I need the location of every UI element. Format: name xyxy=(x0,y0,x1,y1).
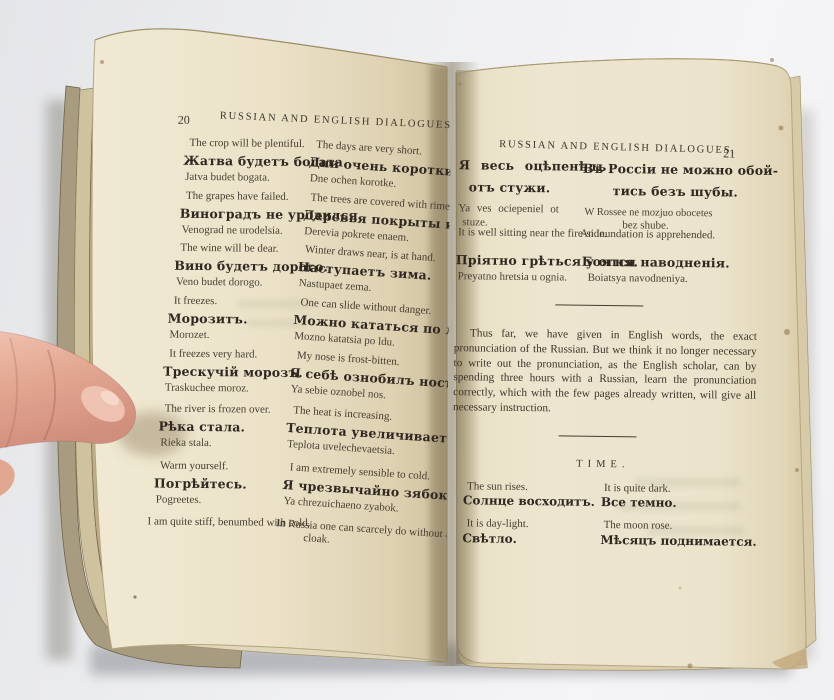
phrase-pair: It freezes very hard. Трескучій морозъ. … xyxy=(163,348,303,396)
phrase-pair: One can slide without danger. Можно ката… xyxy=(292,296,451,356)
phrase-russian: Морозитъ. xyxy=(168,310,248,329)
phrase-russian: тись безъ шубы. xyxy=(613,184,738,199)
phrase-transliteration: Ya ves ociepeniel ot xyxy=(458,202,559,216)
phrase-row: The crop will be plentiful. Жатва будетъ… xyxy=(148,136,451,139)
phrase-row: Warm yourself. Погрѣйтесь. Pogreetes. I … xyxy=(144,459,447,462)
phrase-russian: Боятся наводненія. xyxy=(582,255,730,270)
phrase-english: The river is frozen over. xyxy=(165,403,271,417)
phrase-pair: Warm yourself. Погрѣйтесь. Pogreetes. xyxy=(154,460,247,508)
phrase-transliteration: W Rossee ne mozjuo obocetes xyxy=(584,206,712,221)
left-page: 20 RUSSIAN AND ENGLISH DIALOGUES. The cr… xyxy=(142,110,451,658)
phrase-russian: Солнце восходитъ. xyxy=(463,494,595,509)
phrase-pair: I am extremely sensible to cold. Я чрезв… xyxy=(281,461,451,520)
phrase-english: The sun rises. xyxy=(467,480,528,494)
phrase-russian: Погрѣйтесь. xyxy=(154,475,247,494)
phrase-transliteration: Boiatsya navodneniya. xyxy=(588,272,688,286)
right-page-number: 21 xyxy=(723,146,735,161)
phrase-russian: Въ Россіи не можно обой- xyxy=(583,162,778,177)
phrase-pair: The heat is increasing. Теплота увеличив… xyxy=(285,404,451,463)
phrase-english: The moon rose. xyxy=(604,519,673,533)
phrase-russian: Трескучій морозъ. xyxy=(163,363,303,382)
phrase-russian: Рѣка стала. xyxy=(158,418,270,437)
phrase-english: It is day-light. xyxy=(467,517,529,531)
left-running-title: RUSSIAN AND ENGLISH DIALOGUES. xyxy=(220,110,451,131)
phrase-transliteration: Preyatno hretsia u ognia. xyxy=(458,270,568,284)
phrase-transliteration: Rieka stala. xyxy=(160,437,270,451)
phrase-transliteration: Traskuchee moroz. xyxy=(165,382,303,396)
pronunciation-note-paragraph: Thus far, we have given in English words… xyxy=(453,326,757,418)
book-photo-scene: 20 RUSSIAN AND ENGLISH DIALOGUES. The cr… xyxy=(0,0,834,700)
finger-lower-knuckle xyxy=(0,458,15,500)
phrase-russian: отъ стужи. xyxy=(469,180,551,194)
phrase-transliteration: Morozet. xyxy=(169,329,247,343)
phrase-russian: Все темно. xyxy=(601,496,677,510)
phrase-russian: Мѣсяцъ поднимается. xyxy=(600,534,756,549)
phrase-pair: It freezes. Морозитъ. Morozet. xyxy=(167,295,247,343)
phrase-pair: The river is frozen over. Рѣка стала. Ri… xyxy=(158,403,270,451)
right-running-title: RUSSIAN AND ENGLISH DIALOGUES. xyxy=(499,139,736,156)
phrase-pair: The days are very short. Дни очень корот… xyxy=(307,138,450,195)
phrase-pair: My nose is frost-bitten. Я себѣ ознобилъ… xyxy=(288,349,451,407)
right-page: RUSSIAN AND ENGLISH DIALOGUES. 21 Я весь… xyxy=(449,136,762,685)
section-heading-time: TIME. xyxy=(451,457,754,472)
phrase-russian: Свѣтло. xyxy=(462,532,517,546)
section-divider xyxy=(559,435,637,437)
phrase-pair: Winter draws near, is at hand. Наступает… xyxy=(296,243,436,299)
phrase-english: It is quite dark. xyxy=(604,482,671,496)
phrase-english: An inundation is apprehended. xyxy=(580,228,715,243)
section-divider xyxy=(555,304,643,306)
phrase-english: In Russia one can scarcely do without a … xyxy=(275,517,451,556)
phrase-pair: In Russia one can scarcely do without a … xyxy=(269,517,451,557)
phrase-english: It freezes. xyxy=(174,295,248,309)
phrase-transliteration: Pogreetes. xyxy=(156,494,247,508)
left-page-number: 20 xyxy=(178,113,190,128)
phrase-english: It freezes very hard. xyxy=(169,348,303,362)
phrase-row: I am quite stiff, benumbed with cold. In… xyxy=(144,515,447,518)
phrase-english: Warm yourself. xyxy=(160,460,247,474)
